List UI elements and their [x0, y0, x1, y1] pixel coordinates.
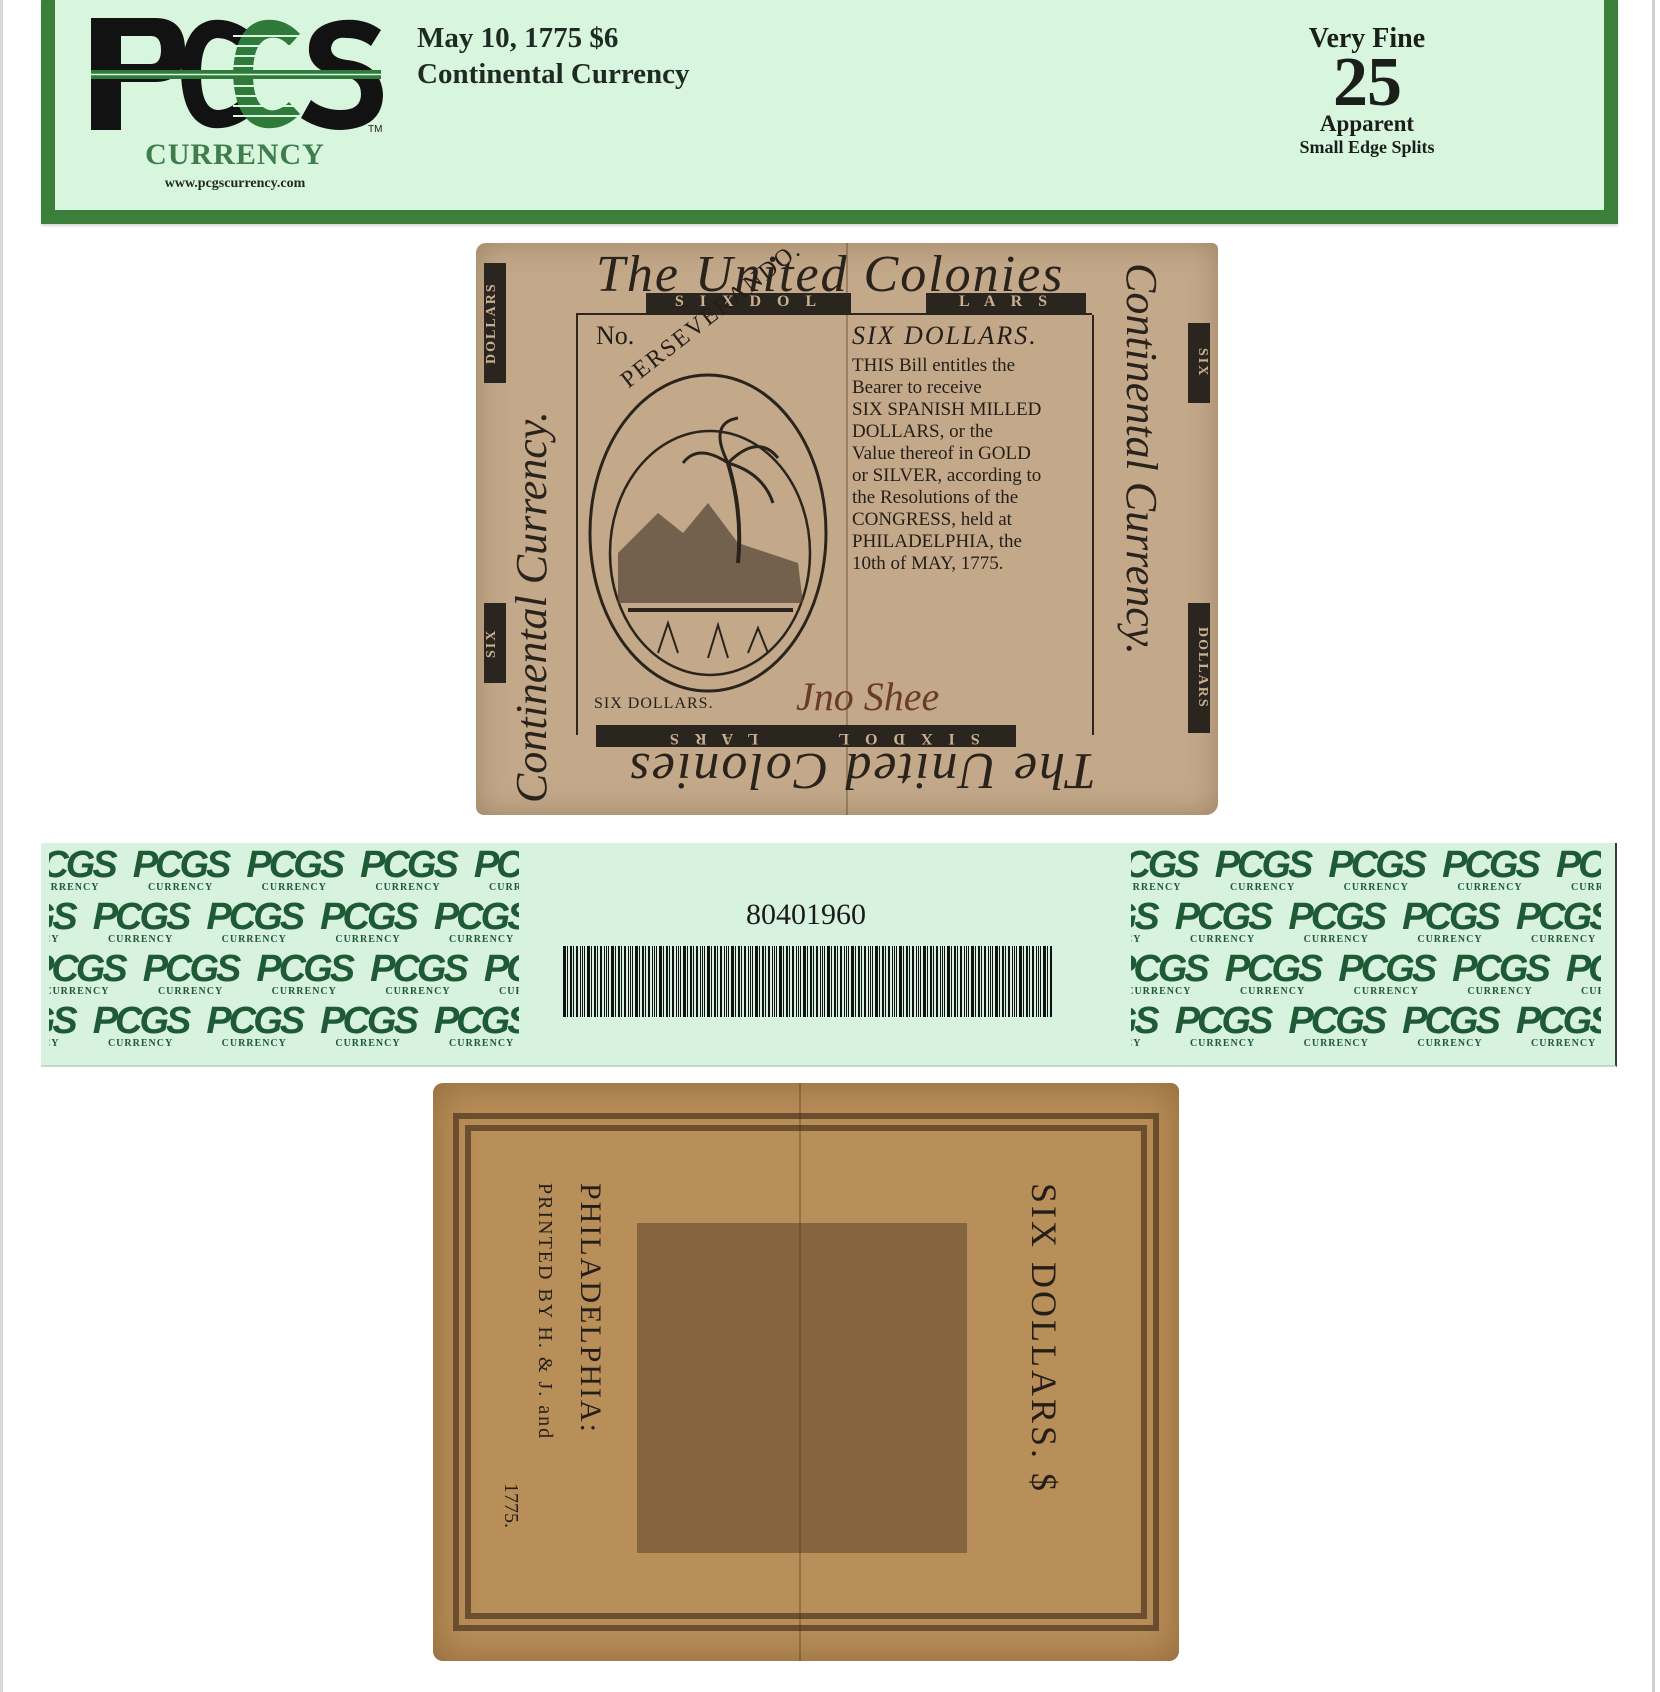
right-band: SIX — [1188, 323, 1210, 403]
denomination-text: SIX DOLLARS. — [852, 321, 1038, 351]
pcgs-mini-logo: PCGSCURRENCY — [370, 951, 466, 997]
pcgs-currency-logo: TM CURRENCY www.pcgscurrency.com — [85, 6, 385, 196]
pcgs-mini-logo: PCGSCURRENCY — [1288, 1003, 1384, 1049]
note-description: May 10, 1775 $6 Continental Currency — [417, 20, 690, 92]
pcgs-mini-logo: PCGSCURRENCY — [320, 899, 416, 945]
note-type: Continental Currency — [417, 56, 690, 92]
top-band-right: L A R S — [926, 293, 1086, 315]
pcgs-mini-logo: PCGSCURRENCY — [1215, 847, 1311, 893]
pcgs-mini-logo: PCGSCURRENCY — [49, 1003, 75, 1049]
back-city-text: PHILADELPHIA: — [573, 1183, 607, 1583]
pcgs-mini-logo: PCGSCURRENCY — [1288, 899, 1384, 945]
body-line: 10th of MAY, 1775. — [852, 553, 1082, 575]
pcgs-mini-logo: PCGSCURRENCY — [1402, 899, 1498, 945]
pcgs-mini-logo: PCGSCURRENCY — [49, 899, 75, 945]
pcgs-mini-logo: PCGSCURRENCY — [1328, 847, 1424, 893]
pcgs-mini-logo: PCGSCURRENCY — [1131, 951, 1207, 997]
bottom-script: The United Colonies — [596, 741, 1096, 800]
grade-qualifier: Apparent — [1247, 112, 1487, 136]
pcgs-mini-logo: PCGSCURRENCY — [1131, 899, 1157, 945]
pcgs-mini-logo: PCGSCURRENCY — [1175, 1003, 1271, 1049]
pattern-row: PCGSCURRENCYPCGSCURRENCYPCGSCURRENCYPCGS… — [49, 1003, 519, 1051]
right-side-script: Continental Currency. — [1116, 263, 1167, 803]
pcgs-mini-logo: PCGSCURRENCY — [1452, 951, 1548, 997]
left-side-script: Continental Currency. — [506, 263, 557, 803]
pcgs-mini-logo: PCGSCURRENCY — [206, 1003, 302, 1049]
website-url: www.pcgscurrency.com — [85, 176, 385, 192]
logo-currency-text: CURRENCY — [85, 138, 385, 172]
body-line: or SILVER, according to — [852, 465, 1082, 487]
left-band: DOLLARS — [484, 263, 506, 383]
body-line: THIS Bill entitles the — [852, 355, 1082, 377]
pcgs-mini-logo: PCGSCURRENCY — [206, 899, 302, 945]
pcgs-mini-logo: PCGSCURRENCY — [1442, 847, 1538, 893]
pcgs-mini-logo: PCGSCURRENCY — [93, 899, 189, 945]
grading-label-panel: TM CURRENCY www.pcgscurrency.com May 10,… — [55, 0, 1604, 210]
signature: Jno Shee — [796, 673, 939, 720]
pattern-row: PCGSCURRENCYPCGSCURRENCYPCGSCURRENCYPCGS… — [1131, 951, 1601, 999]
grade-block: Very Fine 25 Apparent Small Edge Splits — [1247, 24, 1487, 158]
pattern-row: PCGSCURRENCYPCGSCURRENCYPCGSCURRENCYPCGS… — [49, 951, 519, 999]
pcgs-mini-logo: PCGSCURRENCY — [1338, 951, 1434, 997]
grade-number: 25 — [1247, 54, 1487, 112]
pcgs-mini-logo: PCGSCURRENCY — [256, 951, 352, 997]
pcgs-mini-logo: PCGSCURRENCY — [133, 847, 229, 893]
pcgs-mini-logo: PCGSCURRENCY — [474, 847, 519, 893]
pcgs-mini-logo: PCGSCURRENCY — [434, 899, 519, 945]
barcode-icon — [563, 946, 1055, 1017]
back-denomination-text: SIX DOLLARS. $ — [1023, 1183, 1065, 1603]
certification-strip: PCGSCURRENCYPCGSCURRENCYPCGSCURRENCYPCGS… — [41, 843, 1617, 1067]
back-vignette — [637, 1223, 967, 1553]
cert-number: 80401960 — [746, 898, 866, 932]
body-line: Bearer to receive — [852, 377, 1082, 399]
left-band-2: SIX — [484, 603, 506, 683]
bottom-denomination: SIX DOLLARS. — [594, 695, 714, 713]
body-line: Value thereof in GOLD — [852, 443, 1082, 465]
pcgs-mini-logo: PCGSCURRENCY — [1516, 1003, 1601, 1049]
pcgs-mini-logo: PCGSCURRENCY — [1175, 899, 1271, 945]
holder-edge-left — [0, 0, 3, 1692]
pcgs-mini-logo: PCGSCURRENCY — [49, 847, 115, 893]
pcgs-pattern-left: PCGSCURRENCYPCGSCURRENCYPCGSCURRENCYPCGS… — [49, 843, 519, 1065]
serial-number-label: No. — [596, 321, 634, 351]
note-date-denomination: May 10, 1775 $6 — [417, 20, 690, 56]
pattern-row: PCGSCURRENCYPCGSCURRENCYPCGSCURRENCYPCGS… — [49, 899, 519, 947]
pcgs-mini-logo: PCGSCURRENCY — [1402, 1003, 1498, 1049]
pattern-row: PCGSCURRENCYPCGSCURRENCYPCGSCURRENCYPCGS… — [1131, 1003, 1601, 1051]
body-line: DOLLARS, or the — [852, 421, 1082, 443]
pattern-row: PCGSCURRENCYPCGSCURRENCYPCGSCURRENCYPCGS… — [49, 847, 519, 895]
body-line: PHILADELPHIA, the — [852, 531, 1082, 553]
pcgs-mini-logo: PCGSCURRENCY — [93, 1003, 189, 1049]
pcgs-mini-logo: PCGSCURRENCY — [360, 847, 456, 893]
note-front-image: The United Colonies S I X D O L L A R S … — [476, 243, 1218, 815]
note-back-image: PHILADELPHIA: PRINTED BY H. & J. and 177… — [433, 1083, 1179, 1661]
right-band-2: DOLLARS — [1188, 603, 1210, 733]
pcgs-mini-logo: PCGSCURRENCY — [1131, 1003, 1157, 1049]
back-year-text: 1775. — [499, 1483, 522, 1603]
trademark: TM — [368, 124, 382, 135]
pcgs-mini-logo: PCGSCURRENCY — [1516, 899, 1601, 945]
holder-edge-right — [1652, 0, 1655, 1692]
pcgs-mini-logo: PCGSCURRENCY — [1566, 951, 1601, 997]
body-line: the Resolutions of the — [852, 487, 1082, 509]
pattern-row: PCGSCURRENCYPCGSCURRENCYPCGSCURRENCYPCGS… — [1131, 899, 1601, 947]
grading-label: TM CURRENCY www.pcgscurrency.com May 10,… — [41, 0, 1618, 224]
pcgs-mini-logo: PCGSCURRENCY — [484, 951, 519, 997]
pcgs-pattern-right: PCGSCURRENCYPCGSCURRENCYPCGSCURRENCYPCGS… — [1131, 843, 1601, 1065]
pcgs-mini-logo: PCGSCURRENCY — [49, 951, 125, 997]
pcgs-mini-logo: PCGSCURRENCY — [1131, 847, 1197, 893]
pcgs-mini-logo: PCGSCURRENCY — [434, 1003, 519, 1049]
pcgs-mini-logo: PCGSCURRENCY — [143, 951, 239, 997]
note-body-text: THIS Bill entitles the Bearer to receive… — [852, 355, 1082, 575]
pcgs-mini-logo: PCGSCURRENCY — [320, 1003, 416, 1049]
body-line: SIX SPANISH MILLED — [852, 399, 1082, 421]
seal-icon — [588, 363, 828, 693]
back-printer-text: PRINTED BY H. & J. and — [533, 1183, 556, 1583]
pcgs-mini-logo: PCGSCURRENCY — [1556, 847, 1601, 893]
grade-note: Small Edge Splits — [1247, 136, 1487, 158]
pcgs-mini-logo: PCGSCURRENCY — [1225, 951, 1321, 997]
pattern-row: PCGSCURRENCYPCGSCURRENCYPCGSCURRENCYPCGS… — [1131, 847, 1601, 895]
pcgs-logo-icon — [85, 6, 385, 136]
body-line: CONGRESS, held at — [852, 509, 1082, 531]
pcgs-mini-logo: PCGSCURRENCY — [246, 847, 342, 893]
